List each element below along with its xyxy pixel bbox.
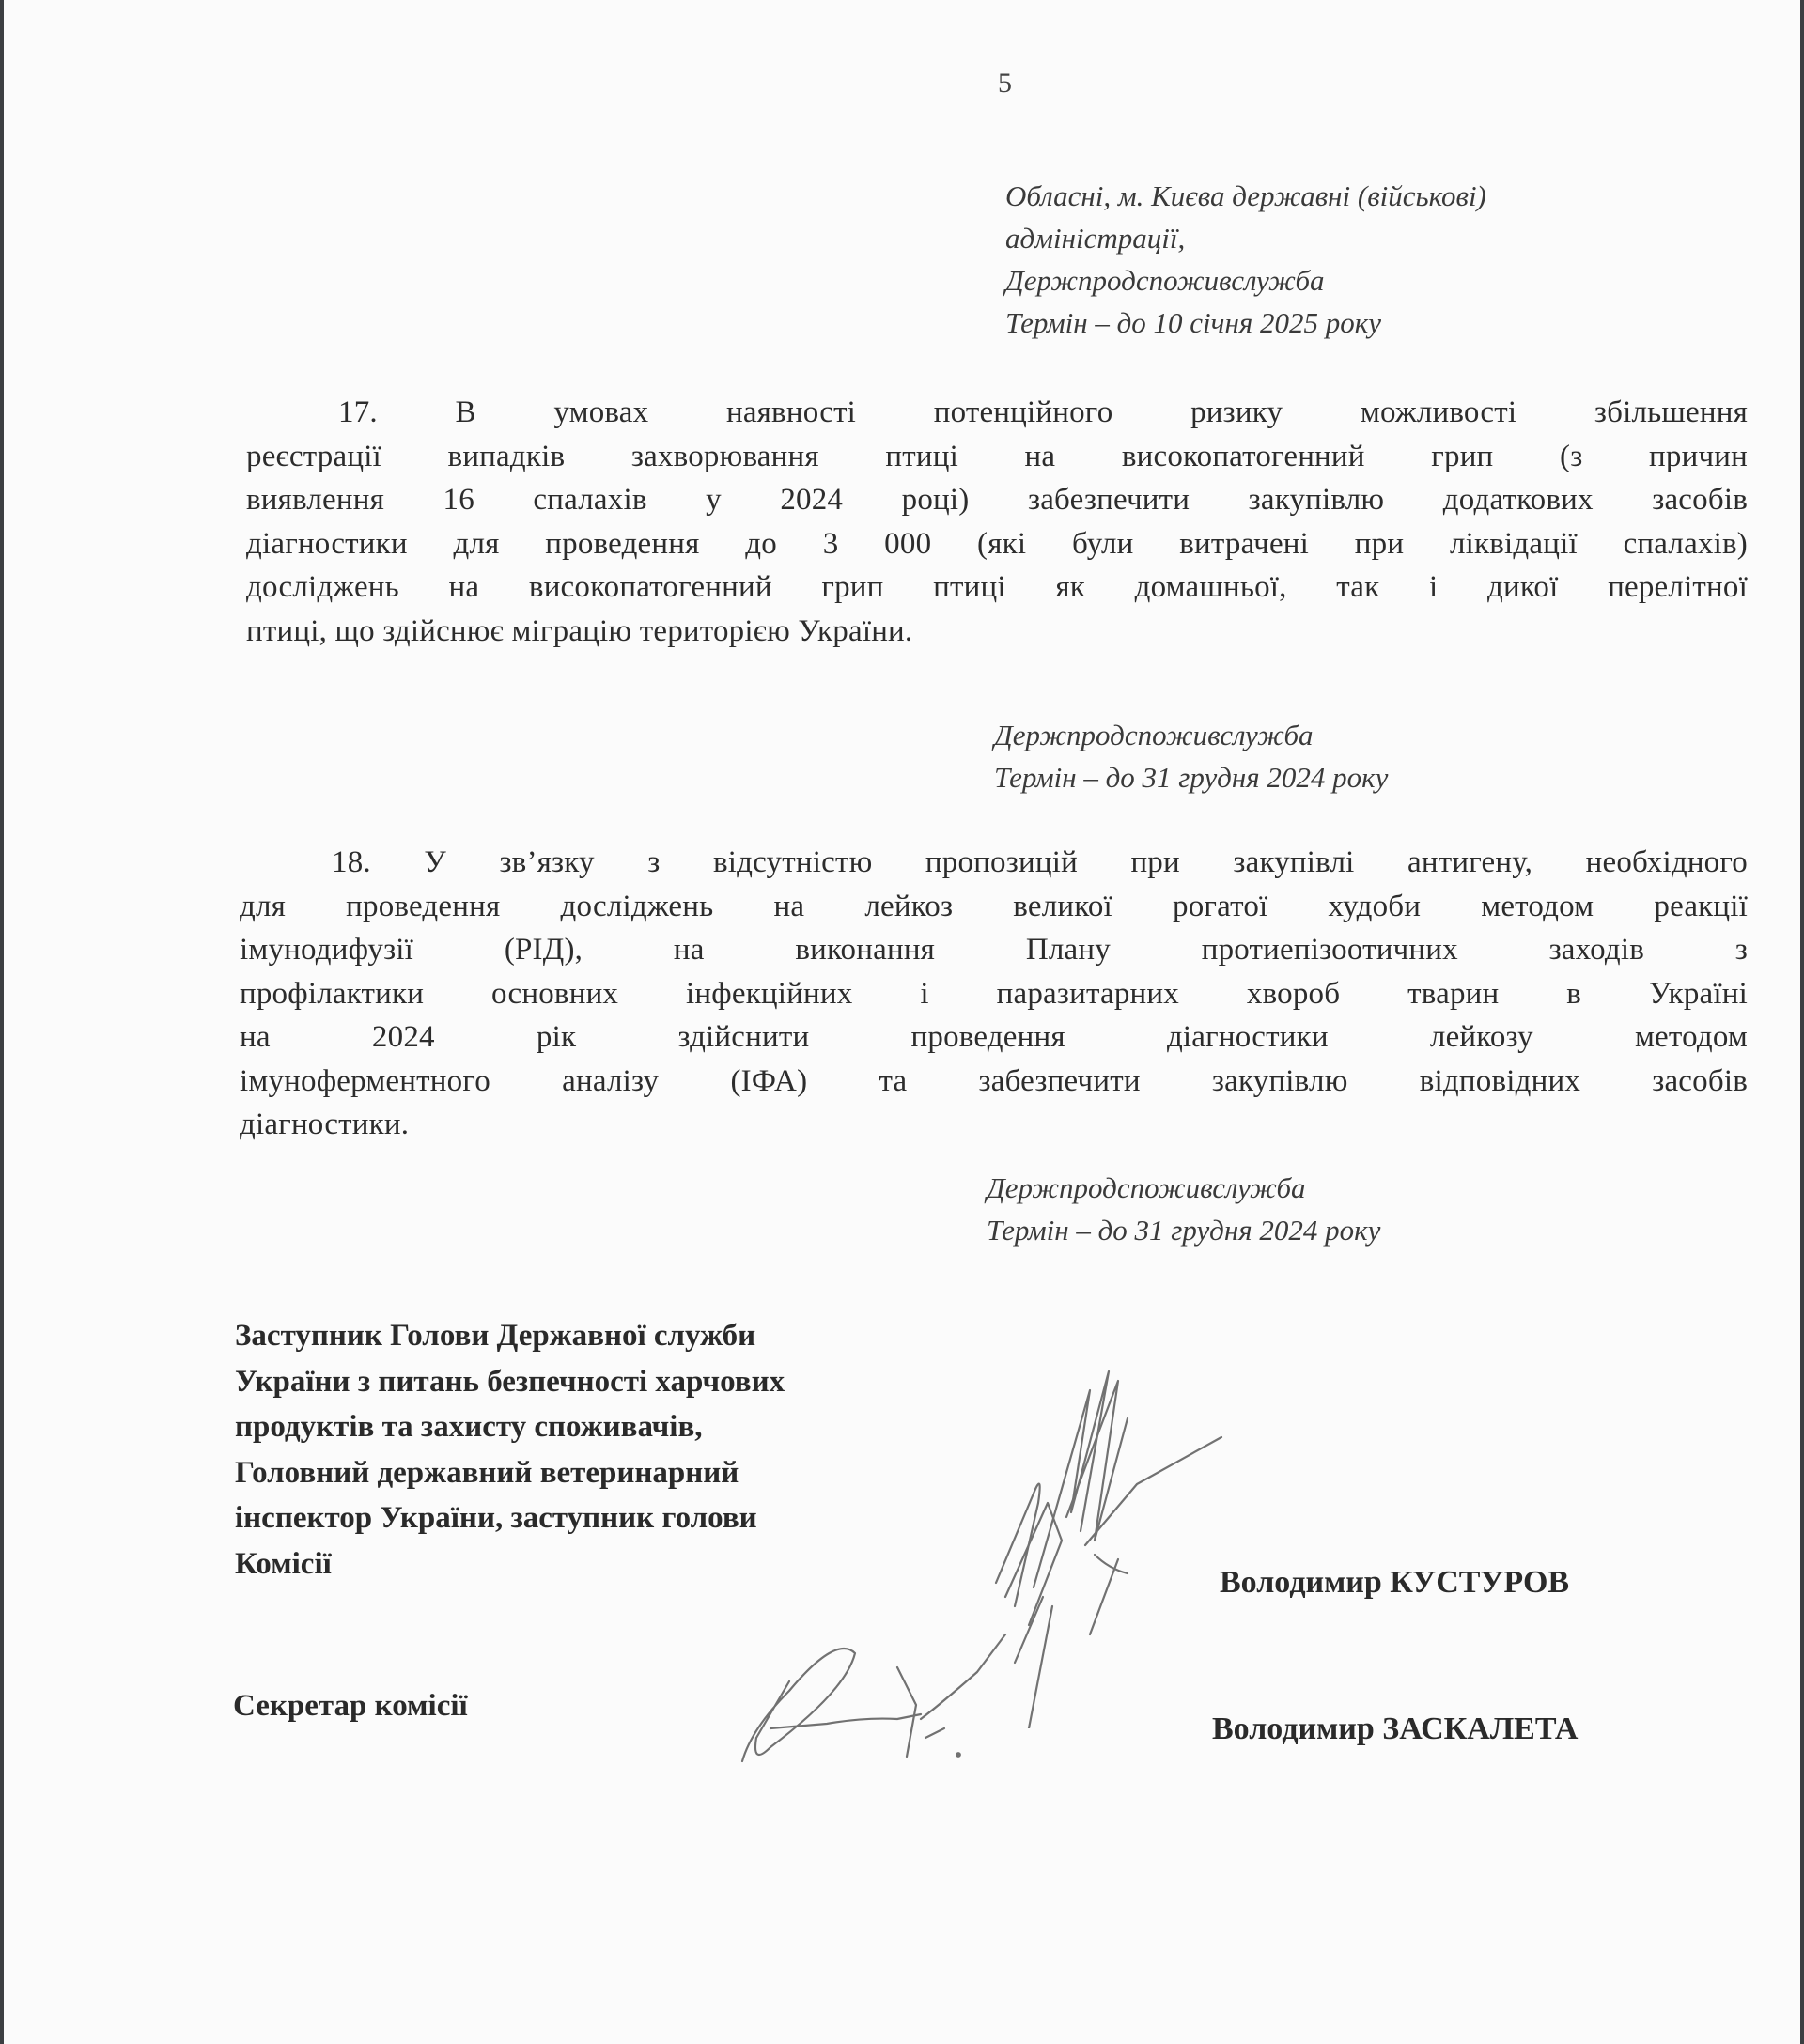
title-line: Головний державний ветеринарний xyxy=(235,1450,785,1496)
paragraph-line: досліджень на високопатогенний грип птиц… xyxy=(246,565,1748,610)
title-line: Заступник Голови Державної служби xyxy=(235,1313,785,1359)
paragraph-line: птиці, що здійснює міграцію територією У… xyxy=(246,610,1748,654)
deadline-line: Термін – до 10 січня 2025 року xyxy=(1005,302,1486,344)
title-line: продуктів та захисту споживачів, xyxy=(235,1404,785,1450)
secretary-title: Секретар комісії xyxy=(233,1689,468,1724)
responsible-block-top: Обласні, м. Києва державні (військові) а… xyxy=(1005,175,1486,344)
responsible-line: Держпродспоживслужба xyxy=(1005,259,1486,302)
paragraph-line: профілактики основних інфекційних і пара… xyxy=(240,972,1748,1016)
page-number: 5 xyxy=(998,68,1012,100)
scan-edge-left xyxy=(0,0,4,2044)
paragraph-line: 17. В умовах наявності потенційного ризи… xyxy=(246,391,1748,435)
secretary-signature-icon xyxy=(733,1616,1071,1775)
responsible-line: Держпродспоживслужба xyxy=(987,1167,1380,1209)
title-line: Комісії xyxy=(235,1541,785,1587)
paragraph-line: на 2024 рік здійснити проведення діагнос… xyxy=(240,1015,1748,1060)
paragraph-line: імунодифузії (РІД), на виконання Плану п… xyxy=(240,928,1748,972)
secretary-name: Володимир ЗАСКАЛЕТА xyxy=(1212,1711,1578,1747)
title-line: України з питань безпечності харчових xyxy=(235,1359,785,1405)
paragraph-line: діагностики для проведення до 3 000 (які… xyxy=(246,522,1748,566)
responsible-line: Держпродспоживслужба xyxy=(994,714,1388,756)
paragraph-line: імуноферментного аналізу (ІФА) та забезп… xyxy=(240,1060,1748,1104)
item-18-responsible: Держпродспоживслужба Термін – до 31 груд… xyxy=(987,1167,1380,1251)
paragraph-line: для проведення досліджень на лейкоз вели… xyxy=(240,885,1748,929)
title-line: інспектор України, заступник голови xyxy=(235,1495,785,1541)
item-17-paragraph: 17. В умовах наявності потенційного ризи… xyxy=(246,391,1748,653)
deputy-name: Володимир КУСТУРОВ xyxy=(1220,1565,1569,1601)
deputy-signature-icon xyxy=(977,1353,1259,1728)
item-17-responsible: Держпродспоживслужба Термін – до 31 груд… xyxy=(994,714,1388,798)
paragraph-line: виявлення 16 спалахів у 2024 році) забез… xyxy=(246,478,1748,522)
deputy-title: Заступник Голови Державної служби Україн… xyxy=(235,1313,785,1587)
deadline-line: Термін – до 31 грудня 2024 року xyxy=(994,756,1388,798)
paragraph-line: діагностики. xyxy=(240,1103,1748,1147)
paragraph-line: реєстрації випадків захворювання птиці н… xyxy=(246,435,1748,479)
responsible-line: Обласні, м. Києва державні (військові) xyxy=(1005,175,1486,217)
scan-edge-right xyxy=(1800,0,1804,2044)
item-18-paragraph: 18. У зв’язку з відсутністю пропозицій п… xyxy=(240,841,1748,1147)
responsible-line: адміністрації, xyxy=(1005,217,1486,259)
paragraph-line: 18. У зв’язку з відсутністю пропозицій п… xyxy=(240,841,1748,885)
deadline-line: Термін – до 31 грудня 2024 року xyxy=(987,1209,1380,1251)
